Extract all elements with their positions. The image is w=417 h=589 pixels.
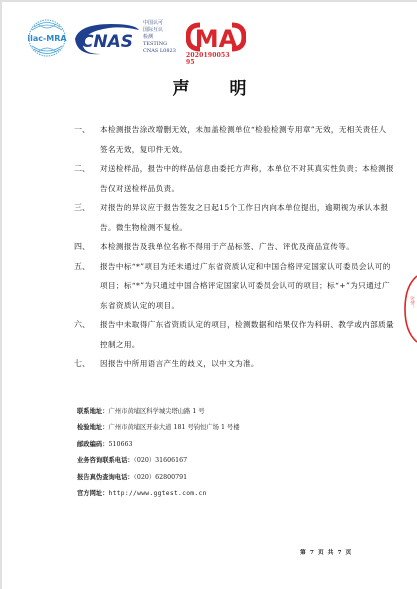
ilac-mra-logo-icon: ilac-MRA bbox=[26, 18, 68, 58]
svg-text:东粤广: 东粤广 bbox=[410, 296, 416, 308]
declaration-list: 一、 本检测报告涂改增删无效，未加盖检测单位“检验检测专用章”无效，无相关责任人… bbox=[74, 120, 394, 374]
item-number: 五、 bbox=[74, 257, 90, 277]
website-link[interactable]: http://www.ggtest.com.cn bbox=[108, 490, 206, 497]
item-number: 一、 bbox=[74, 120, 90, 140]
document-page: ilac-MRA CNAS 中国认可 国际互认 检测 TESTING CNAS … bbox=[2, 2, 417, 589]
item-text: 本检测报告涂改增删无效，未加盖检测单位“检验检测专用章”无效，无相关责任人签名无… bbox=[100, 120, 394, 159]
item-text: 对报告的异议应于报告签发之日起15个工作日内向本单位提出，逾期视为承认本报告。微… bbox=[100, 198, 394, 237]
cnas-accreditation-text: 中国认可 国际互认 检测 TESTING CNAS L0823 bbox=[143, 20, 176, 55]
svg-text:CNAS: CNAS bbox=[81, 32, 133, 52]
declaration-item: 三、 对报告的异议应于报告签发之日起15个工作日内向本单位提出，逾期视为承认本报… bbox=[74, 198, 394, 237]
page-number: 第 7 页 共 7 页 bbox=[300, 547, 352, 556]
contact-test-address: 检验地址：广州市黄埔区开泰大道 181 号钧恒广场 1 号楼 bbox=[77, 420, 240, 436]
contact-verify-phone: 报告真伪查询电话：（020）62800791 bbox=[77, 470, 240, 486]
svg-text:ilac-MRA: ilac-MRA bbox=[27, 34, 67, 43]
item-number: 三、 bbox=[74, 198, 90, 218]
cnas-logo-icon: CNAS bbox=[71, 22, 141, 56]
item-text: 报告中未取得广东省资质认定的项目，检测数据和结果仅作为科研、教学或内部质量控制之… bbox=[100, 315, 394, 354]
declaration-item: 四、 本检测报告及我单位名称不得用于产品标签、广告、评优及商品宣传等。 bbox=[74, 237, 394, 257]
declaration-item: 二、 对送检样品，报告中的样品信息由委托方声称，本单位不对其真实性负责；本检测报… bbox=[74, 159, 394, 198]
contact-info: 联系地址：广州市黄埔区科学城尖塔山路 1 号 检验地址：广州市黄埔区开泰大道 1… bbox=[77, 404, 240, 502]
item-text: 对送检样品，报告中的样品信息由委托方声称，本单位不对其真实性负责；本检测报告仅对… bbox=[100, 159, 394, 198]
seal-stamp-icon: 东粤广 bbox=[403, 274, 417, 344]
contact-website: 官方网址：http://www.ggtest.com.cn bbox=[77, 486, 240, 502]
item-number: 二、 bbox=[74, 159, 90, 179]
item-number: 四、 bbox=[74, 237, 90, 257]
contact-postcode: 邮政编码：510663 bbox=[77, 437, 240, 453]
declaration-item: 六、 报告中未取得广东省资质认定的项目，检测数据和结果仅作为科研、教学或内部质量… bbox=[74, 315, 394, 354]
declaration-item: 五、 报告中标“*”项目为还未通过广东省资质认定和中国合格评定国家认可委员会认可… bbox=[74, 257, 394, 316]
page-title: 声明 bbox=[2, 74, 417, 99]
item-text: 因报告中所用语言产生的歧义，以中文为准。 bbox=[100, 354, 394, 374]
svg-text:MA: MA bbox=[195, 25, 238, 53]
cma-certificate-number: 2020190053​95 bbox=[186, 52, 230, 66]
item-number: 六、 bbox=[74, 315, 90, 335]
item-number: 七、 bbox=[74, 354, 90, 374]
declaration-item: 七、 因报告中所用语言产生的歧义，以中文为准。 bbox=[74, 354, 394, 374]
contact-business-phone: 业务咨询联系电话：（020）31606167 bbox=[77, 453, 240, 469]
declaration-item: 一、 本检测报告涂改增删无效，未加盖检测单位“检验检测专用章”无效，无相关责任人… bbox=[74, 120, 394, 159]
contact-address: 联系地址：广州市黄埔区科学城尖塔山路 1 号 bbox=[77, 404, 240, 420]
item-text: 报告中标“*”项目为还未通过广东省资质认定和中国合格评定国家认可委员会认可的项目… bbox=[100, 257, 394, 316]
item-text: 本检测报告及我单位名称不得用于产品标签、广告、评优及商品宣传等。 bbox=[100, 237, 394, 257]
